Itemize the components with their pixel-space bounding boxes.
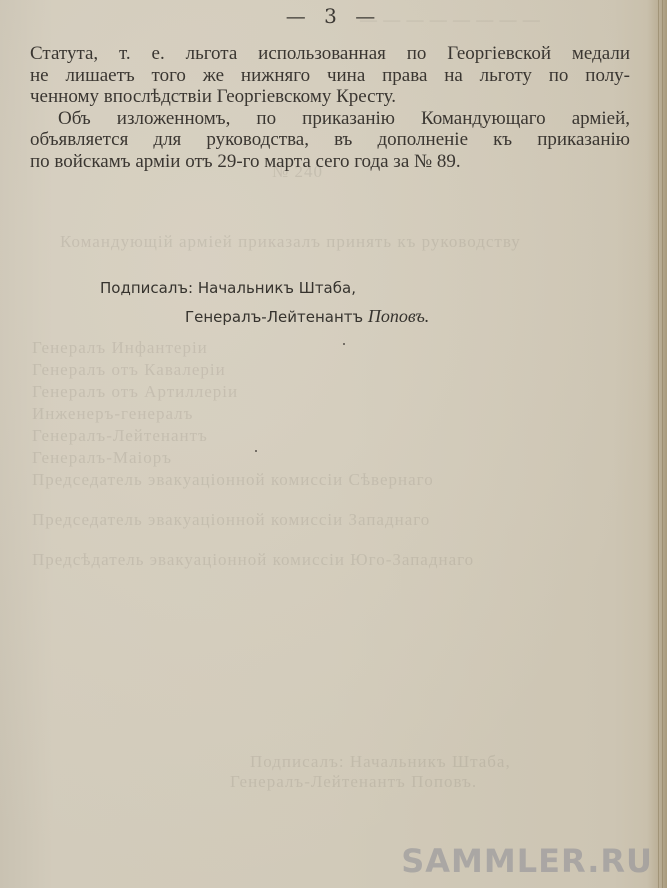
signature-line-1: Подписалъ: Начальникъ Штаба, <box>100 274 429 302</box>
bleed-through-text: Инженеръ-генералъ <box>32 404 193 424</box>
signature-line-2: Генералъ-Лейтенантъ Поповъ. <box>100 302 429 331</box>
page-edge-line <box>662 0 663 888</box>
body-line: по войскамъ арміи отъ 29-го марта сего г… <box>30 151 630 173</box>
scanned-page: — — — — — — — — № 240 Командующій арміей… <box>0 0 667 888</box>
bleed-through-text: Генералъ Инфантеріи <box>32 338 208 358</box>
body-line: Статута, т. е. льгота использованная по … <box>30 43 630 65</box>
bleed-through-text: Генералъ-Лейтенантъ <box>32 426 208 446</box>
body-text: Статута, т. е. льгота использованная по … <box>30 43 630 172</box>
bleed-through-text: Подписалъ: Начальникъ Штаба, <box>250 752 511 772</box>
bleed-through-text: Командующій арміей приказалъ принять къ … <box>60 232 521 252</box>
watermark: SAMMLER.RU <box>401 842 653 880</box>
page-number: — 3 — <box>0 4 667 28</box>
bleed-through-text: Председатель эвакуаціонной комиссіи Сѣве… <box>32 470 434 490</box>
body-line: не лишаетъ того же нижняго чина права на… <box>30 65 630 87</box>
body-line: объявляется для руководства, въ дополнен… <box>30 129 630 151</box>
ink-speck <box>343 343 345 345</box>
body-line: ченному впослѣдствіи Георгіевскому Крест… <box>30 86 630 108</box>
bleed-through-text: Генералъ-Лейтенантъ Поповъ. <box>230 772 477 792</box>
bleed-through-text: Председатель эвакуаціонной комиссіи Запа… <box>32 510 430 530</box>
signature-block: Подписалъ: Начальникъ Штаба, Генералъ-Ле… <box>100 274 429 331</box>
bleed-through-text: Генералъ отъ Кавалеріи <box>32 360 226 380</box>
signed-label: Подписалъ: <box>100 279 193 297</box>
page-edge-line <box>658 0 659 888</box>
signer-name: Поповъ. <box>368 306 429 326</box>
bleed-through-text: Генералъ отъ Артиллеріи <box>32 382 238 402</box>
bleed-through-text: Генералъ-Маіоръ <box>32 448 172 468</box>
signer-position: Начальникъ Штаба, <box>198 279 356 297</box>
body-line: Объ изложенномъ, по приказанію Командующ… <box>30 108 630 130</box>
ink-speck <box>255 450 257 452</box>
signer-rank: Генералъ-Лейтенантъ <box>185 308 363 326</box>
bleed-through-text: Предсѣдатель эвакуаціонной комиссіи Юго-… <box>32 550 474 570</box>
